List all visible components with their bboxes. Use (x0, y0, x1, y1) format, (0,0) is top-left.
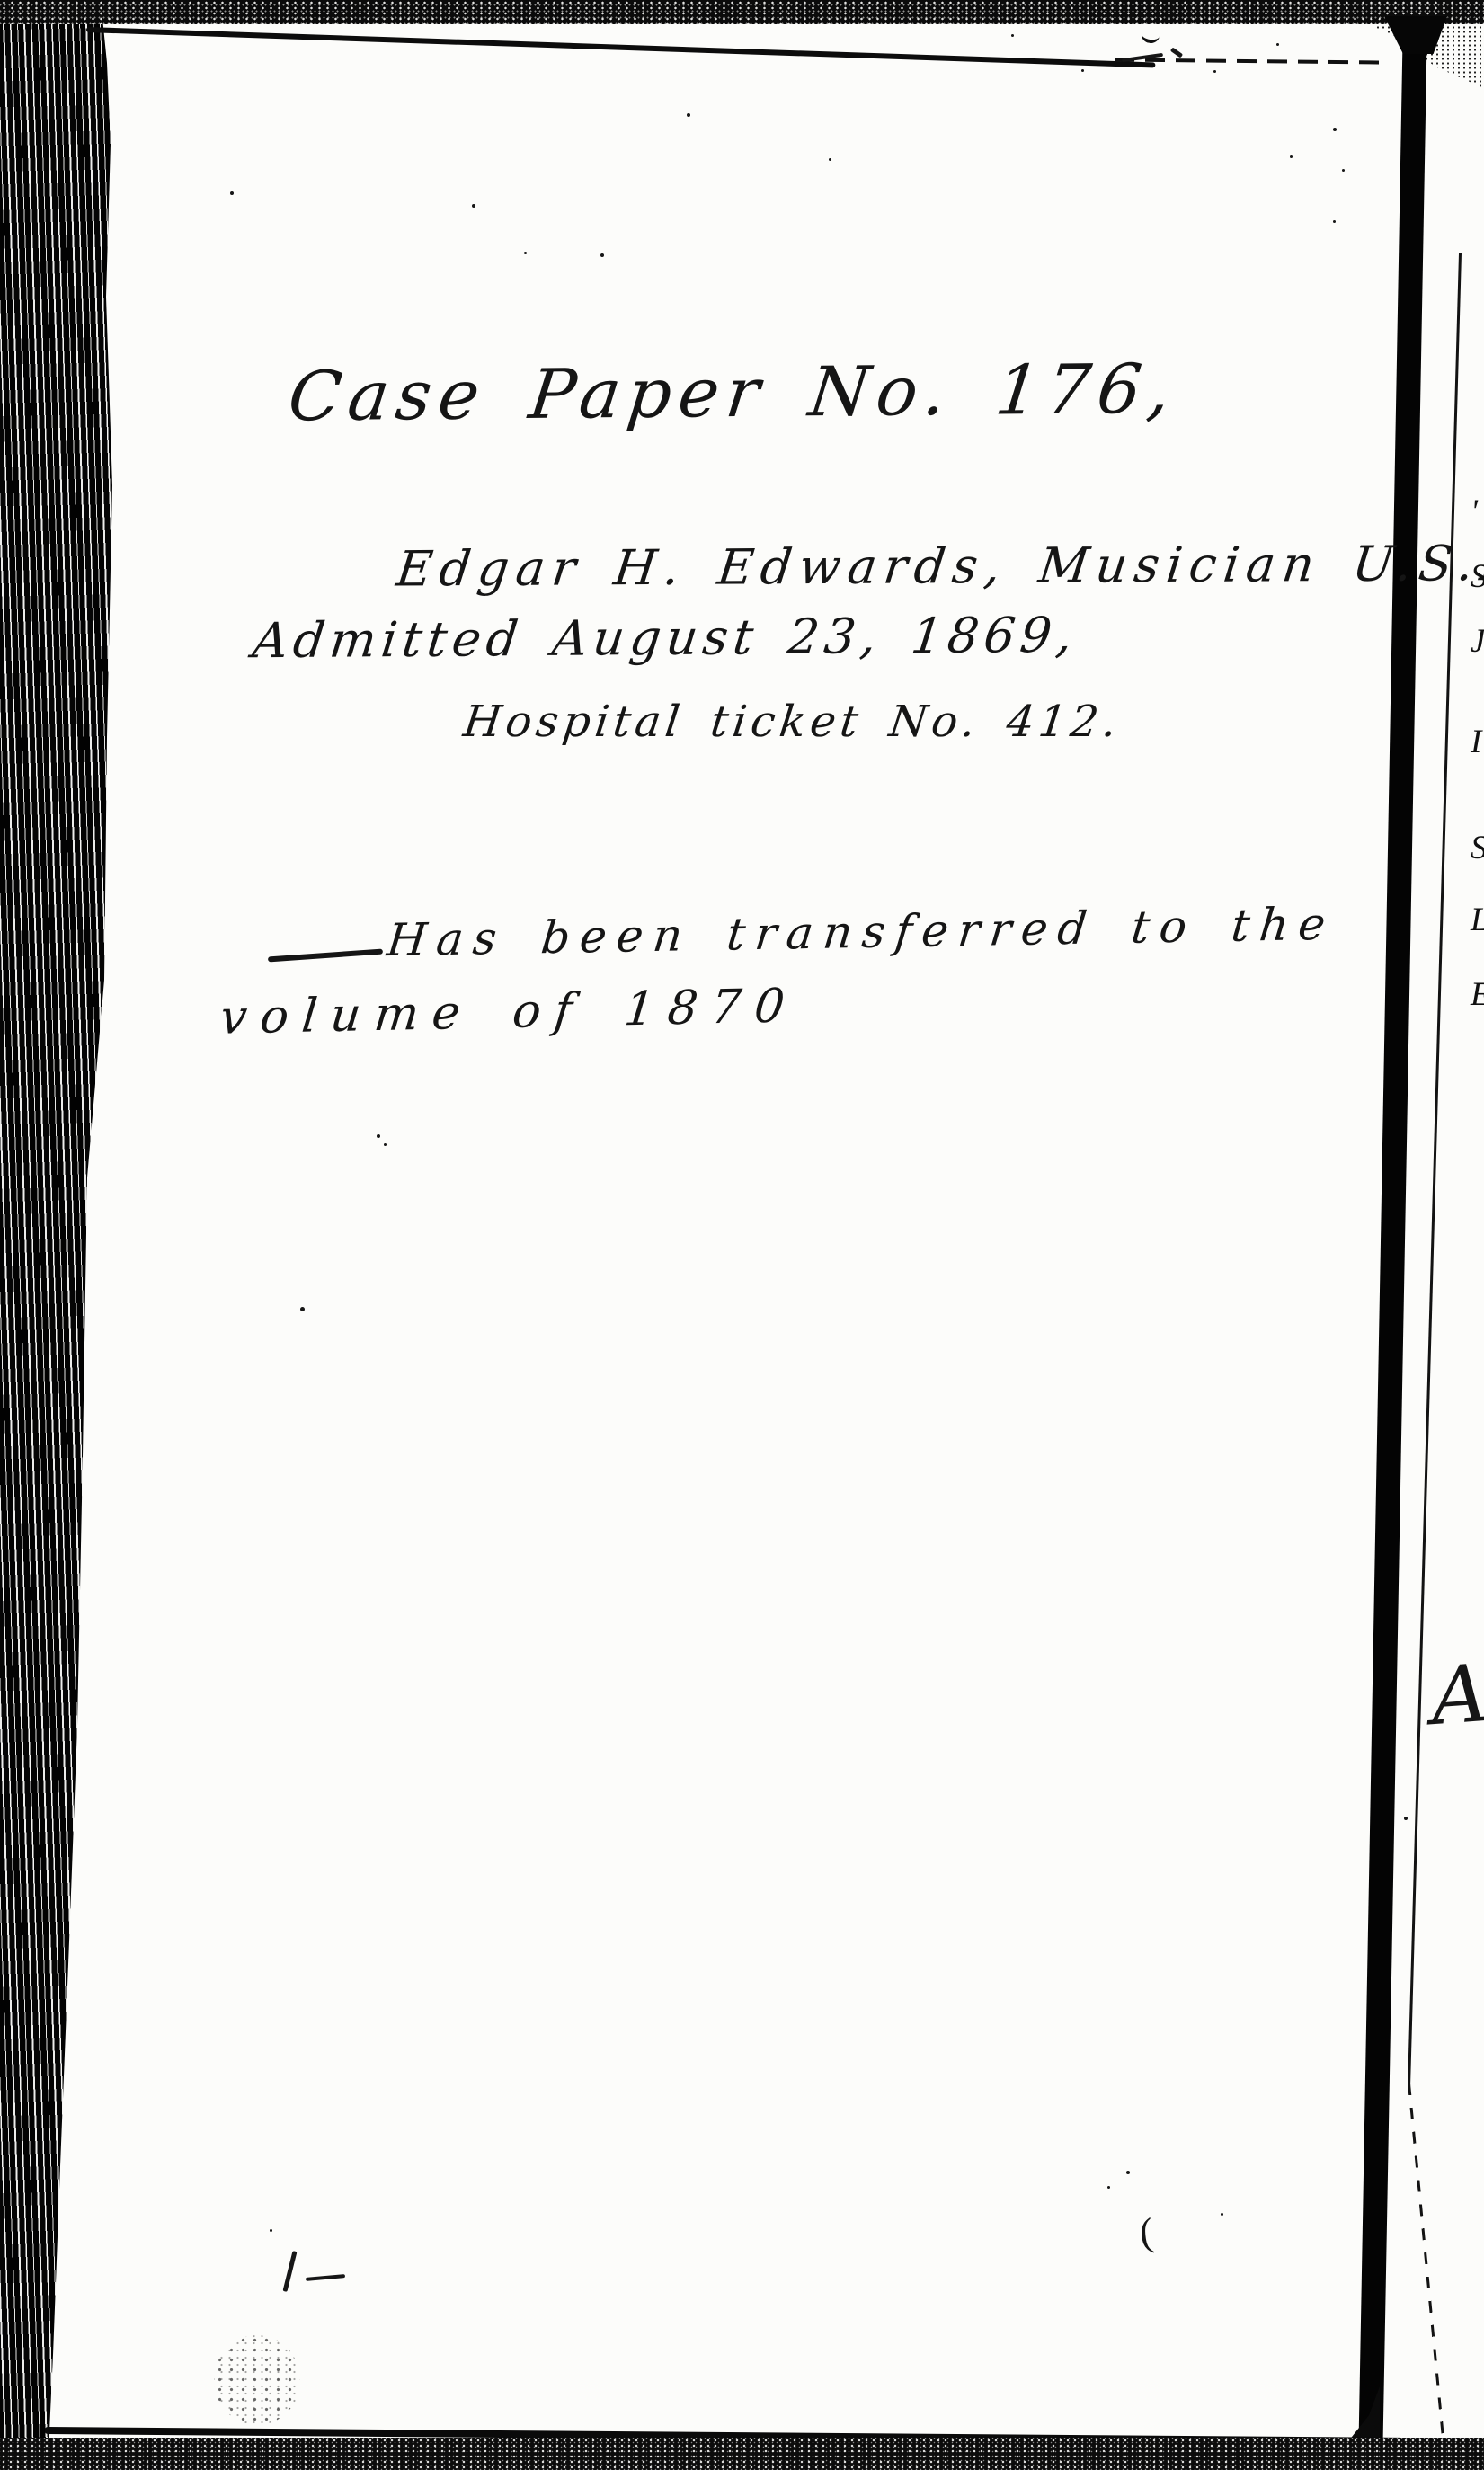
ink-speck (1107, 2186, 1110, 2189)
ink-speck (384, 1143, 387, 1146)
ink-speck (1011, 34, 1014, 37)
adjacent-page-letter-fragment: J (1471, 622, 1484, 661)
check-mark-dash (306, 2274, 345, 2281)
ink-speck (1290, 155, 1293, 158)
ink-speck (1333, 220, 1336, 223)
adjacent-page-letter-fragment: S (1471, 557, 1484, 596)
ink-speck (829, 158, 831, 161)
page-top-edge-line (86, 27, 1156, 67)
pen-scribble (1141, 26, 1160, 45)
scan-noise-bottom-band (0, 2438, 1484, 2470)
ink-smudge (214, 2335, 300, 2425)
ink-speck (300, 1307, 305, 1311)
ink-speck (270, 2229, 272, 2232)
adjacent-page-handwriting-fragment: Au (1428, 1643, 1484, 1743)
pen-scribble-dot (1170, 47, 1183, 58)
dash-stroke (268, 949, 383, 963)
ink-speck (1333, 128, 1337, 131)
ink-speck (687, 113, 690, 117)
adjacent-page-letter-fragment: I (1471, 723, 1481, 761)
ink-speck (1126, 2171, 1130, 2174)
case-paper-line: Case Paper No. 176, (284, 349, 1181, 437)
ink-speck (1276, 43, 1279, 46)
ink-speck (377, 1134, 380, 1138)
scan-noise-top-band (0, 0, 1484, 24)
paren-pen-mark: ( (1137, 2208, 1155, 2255)
adjacent-page-letter-fragment: E (1471, 975, 1484, 1014)
transfer-note-line2: volume of 1870 (218, 979, 800, 1044)
book-page-stack-edge (0, 0, 119, 2470)
transfer-note-line1: Has been transferred to the (385, 898, 1337, 966)
ink-speck (524, 252, 527, 254)
admitted-line: Admitted August 23, 1869, (250, 607, 1081, 669)
ink-speck (600, 253, 604, 257)
adjacent-page-letter-fragment: S (1471, 829, 1484, 867)
ink-speck (230, 191, 234, 195)
check-mark-stroke (283, 2251, 298, 2292)
adjacent-page-letter-fragment: L (1471, 901, 1484, 939)
ink-speck (1213, 70, 1216, 73)
hospital-ticket-line: Hospital ticket No. 412. (461, 697, 1124, 747)
scanned-page: Case Paper No. 176, Edgar H. Edwards, Mu… (0, 0, 1484, 2470)
ink-speck (1342, 169, 1345, 172)
ink-speck (1081, 69, 1084, 72)
ink-speck (1404, 1817, 1408, 1820)
ink-speck (472, 204, 475, 208)
ink-speck (1221, 2213, 1223, 2216)
page-gutter-bar (1358, 16, 1427, 2470)
adjacent-page-edge-line-tail (1408, 2084, 1447, 2468)
adjacent-page-letter-fragment: ' (1471, 493, 1478, 531)
patient-line: Edgar H. Edwards, Musician U.S.M.C (394, 534, 1484, 597)
